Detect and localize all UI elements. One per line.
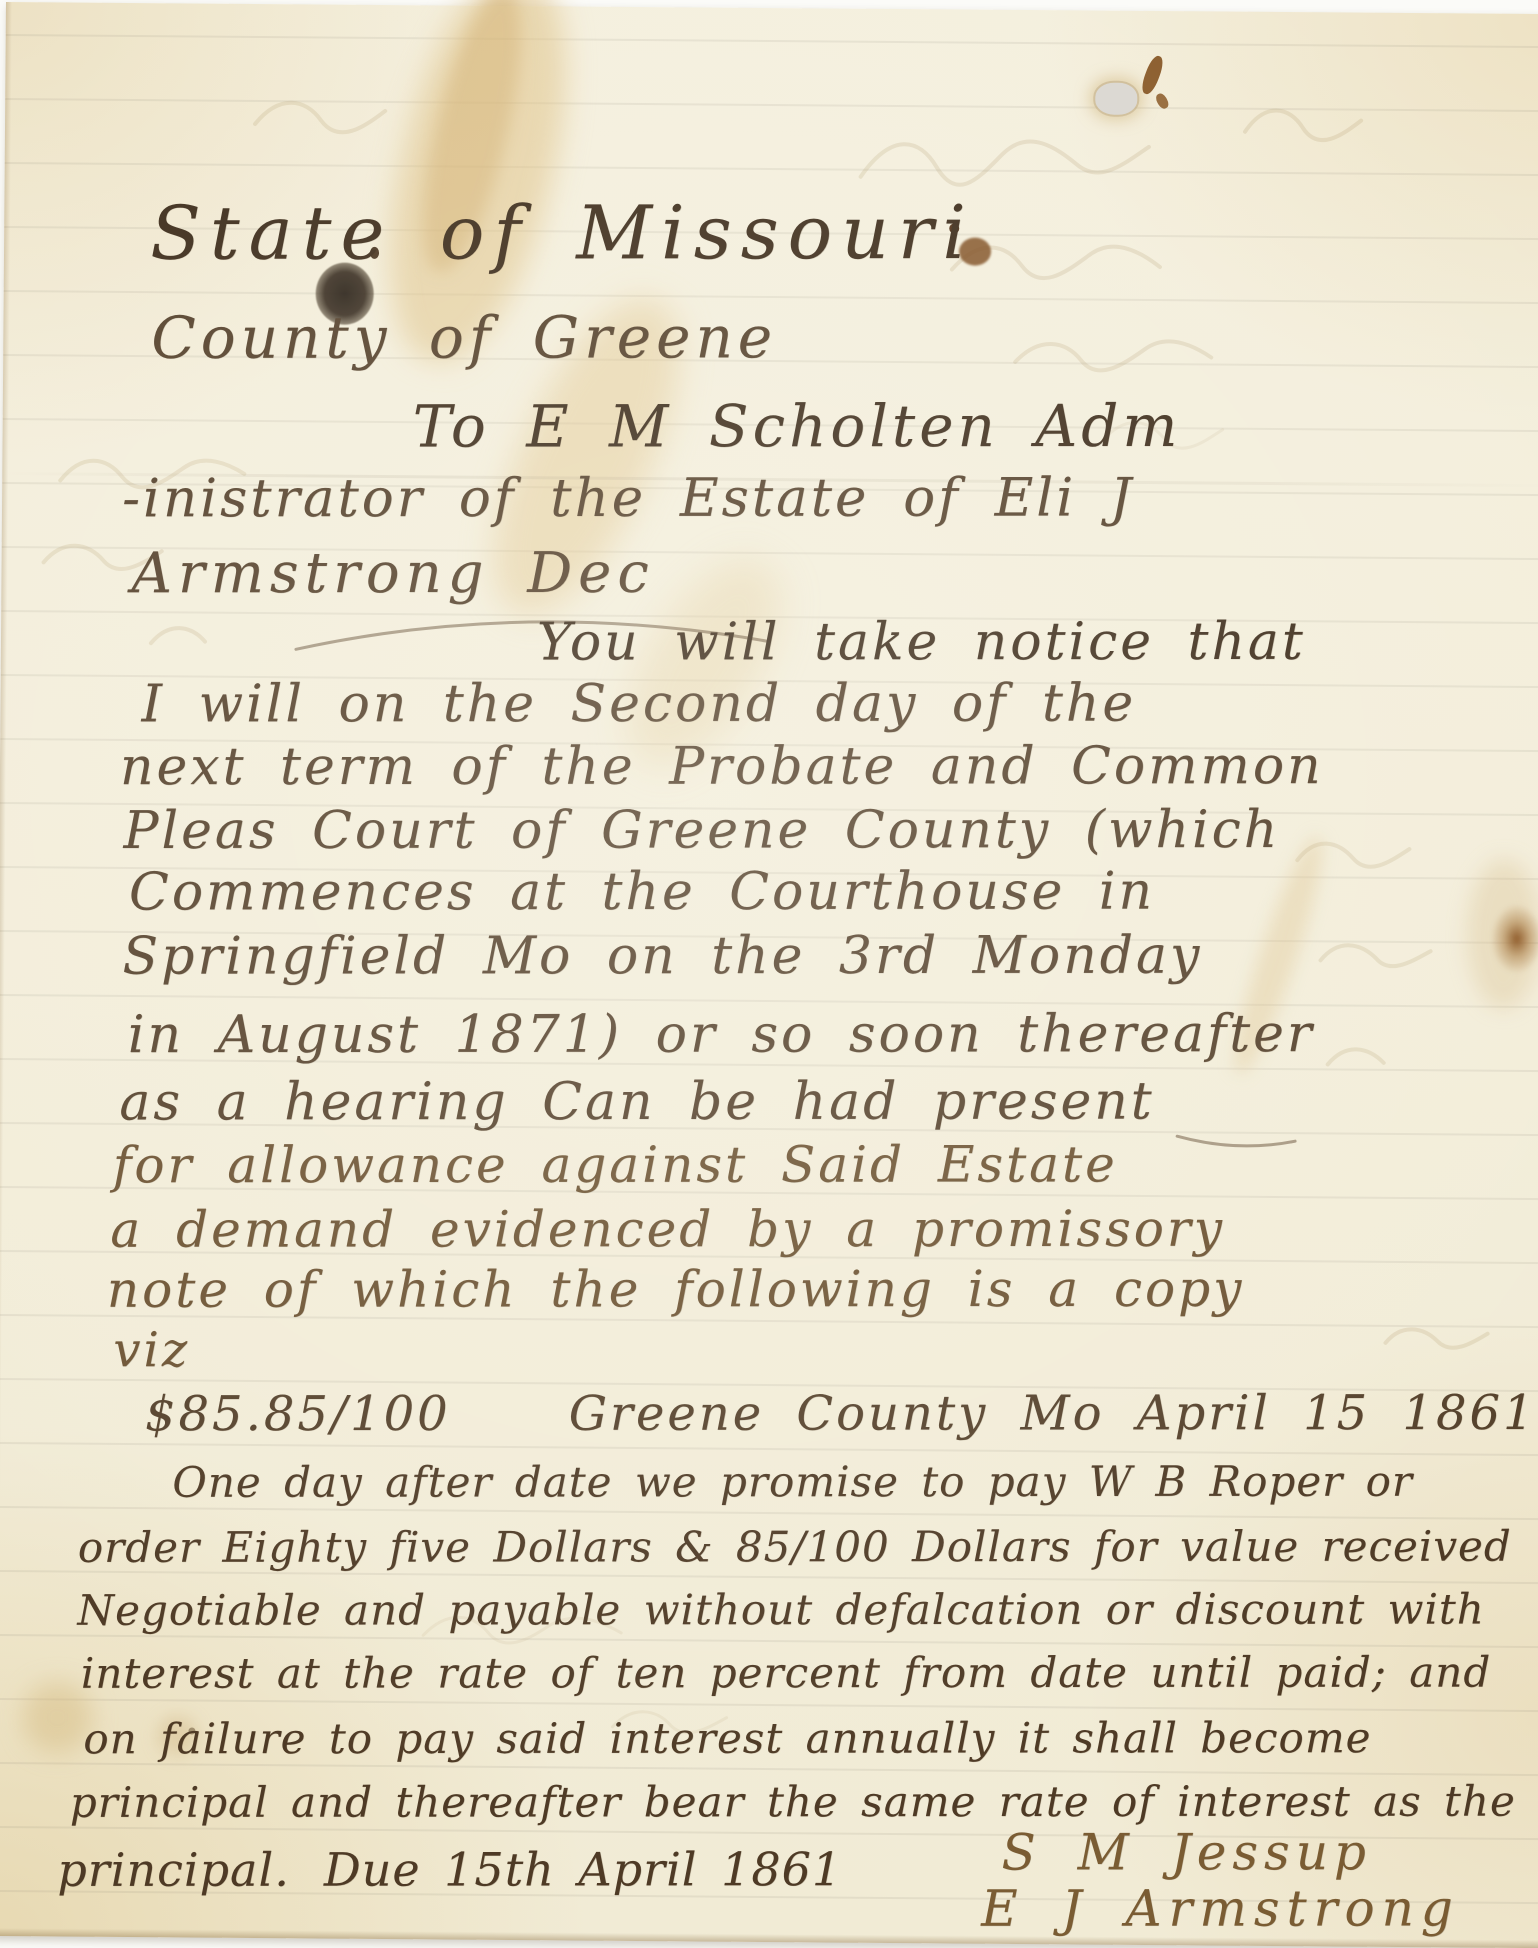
line-notice: You will take notice that [537, 616, 1306, 669]
line-body: for allowance against Said Estate [113, 1139, 1118, 1190]
rust-stain [1490, 904, 1538, 974]
scanned-letter: { "colors": { "paper": "#f2ecd9", "ink":… [0, 0, 1538, 1948]
line-body: as a hearing Can be had present [119, 1076, 1154, 1129]
line-body: Pleas Court of Greene County (which [123, 804, 1280, 857]
due-date: Due 15th April 1861 [324, 1842, 842, 1896]
note-line: interest at the rate of ten percent from… [81, 1652, 1491, 1695]
note-line: on failure to pay said interest annually… [83, 1717, 1371, 1760]
line-state-of-missouri: State of Missouri [150, 196, 975, 271]
closing-row: principal.Due 15th April 1861 [57, 1846, 842, 1893]
closing-line: principal. [57, 1843, 290, 1897]
line-addressee-cont2: Armstrong Dec [131, 546, 654, 602]
note-header-row: $85.85/100Greene County Mo April 15 1861 [145, 1389, 1537, 1438]
line-addressee-cont: -inistrator of the Estate of Eli J [122, 471, 1134, 525]
signature-armstrong: E J Armstrong [981, 1883, 1460, 1933]
line-body: next term of the Probate and Common [120, 740, 1324, 793]
note-line: principal and thereafter bear the same r… [70, 1781, 1516, 1824]
line-county-of-greene: County of Greene [151, 308, 777, 367]
line-body: I will on the Second day of the [141, 678, 1136, 731]
line-body: Springfield Mo on the 3rd Monday [123, 930, 1203, 983]
signature-jessup: S M Jessup [1001, 1827, 1371, 1877]
line-body: a demand evidenced by a promissory [110, 1204, 1225, 1255]
line-body: in August 1871) or so soon thereafter [128, 1008, 1315, 1061]
line-addressee: To E M Scholten Adm [413, 397, 1182, 456]
place-date-line: Greene County Mo April 15 1861 [569, 1385, 1537, 1442]
line-body: note of which the following is a copy [107, 1264, 1244, 1315]
amount-figure: $85.85/100 [145, 1386, 451, 1442]
note-line: order Eighty five Dollars & 85/100 Dolla… [78, 1526, 1512, 1569]
note-line: One day after date we promise to pay W B… [172, 1461, 1413, 1504]
note-line: Negotiable and payable without defalcati… [77, 1589, 1484, 1632]
paper-sheet: State of Missouri County of Greene To E … [0, 2, 1538, 1948]
line-viz: viz [113, 1326, 190, 1374]
line-body: Commences at the Courthouse in [129, 866, 1155, 919]
paper-hole [1095, 83, 1137, 115]
